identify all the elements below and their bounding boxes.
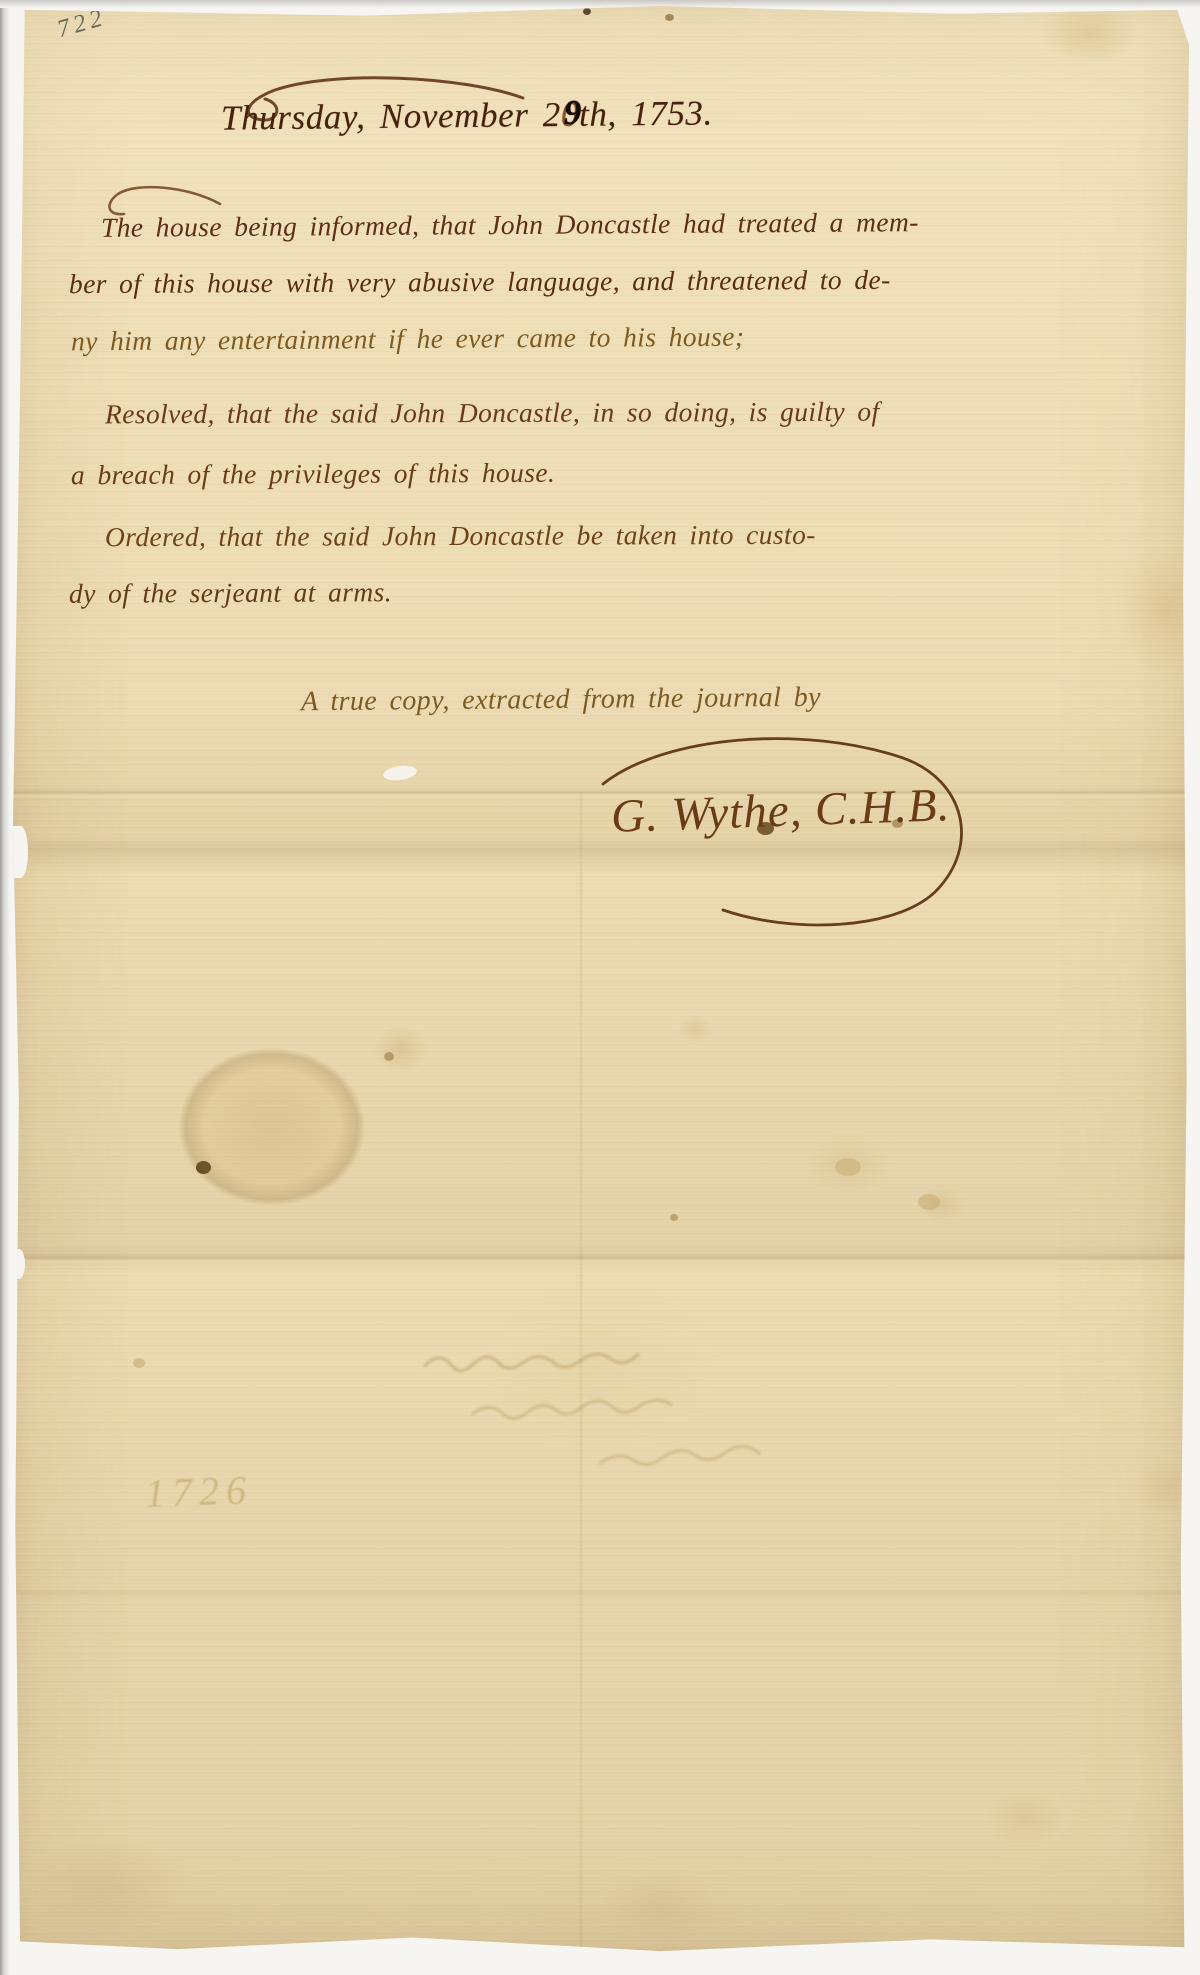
manuscript-line: Resolved, that the said John Doncastle, …: [105, 396, 880, 431]
document-heading: Thursday, November 209th, 1753.: [221, 93, 713, 138]
overwritten-digit: 09: [561, 95, 580, 135]
bleed-through-number: 1726: [144, 1466, 254, 1517]
stain-spot: [835, 1158, 861, 1176]
manuscript-line: dy of the serjeant at arms.: [69, 576, 392, 610]
manuscript-line: a breach of the privileges of this house…: [71, 457, 555, 492]
underwritten-digit: 0: [561, 95, 580, 134]
stain-spot: [918, 1194, 940, 1210]
fold-crease-vertical: [579, 792, 583, 1961]
ink-speck: [670, 1214, 678, 1221]
ink-speck: [583, 8, 591, 15]
manuscript-line: The house being informed, that John Donc…: [101, 206, 919, 244]
scanner-edge-shadow: [0, 0, 10, 1975]
manuscript-page: 722 Thursday, November 209th, 1753. The …: [13, 6, 1189, 1955]
corrected-digit: 9: [564, 93, 583, 133]
manuscript-scan: 722 Thursday, November 209th, 1753. The …: [0, 0, 1200, 1975]
heading-date-post: th, 1753.: [579, 93, 713, 133]
stain-spot: [133, 1358, 145, 1368]
signature: G. Wythe, C.H.B.: [610, 778, 951, 844]
fold-crease: [13, 1253, 1189, 1263]
ink-speck: [757, 822, 774, 835]
manuscript-line: ny him any entertainment if he ever came…: [71, 321, 745, 358]
paper-tear: [382, 764, 418, 783]
attestation-line: A true copy, extracted from the journal …: [301, 682, 821, 719]
bleed-through-script: [409, 1325, 836, 1497]
fold-crease: [13, 1589, 1189, 1597]
ink-speck: [665, 14, 674, 21]
ink-speck: [892, 819, 903, 828]
manuscript-line: ber of this house with very abusive lang…: [69, 264, 891, 300]
heading-swash: [213, 66, 533, 126]
pencil-archival-number: 722: [54, 4, 109, 45]
paragraph-swash: [98, 178, 228, 218]
ink-speck: [384, 1052, 394, 1061]
paper-tear: [13, 826, 28, 878]
manuscript-line: Ordered, that the said John Doncastle be…: [105, 519, 816, 553]
scanner-edge-shadow-top: [0, 0, 1200, 8]
ink-speck: [196, 1161, 211, 1174]
paper-tear: [13, 1249, 25, 1279]
fold-crease: [13, 788, 1189, 798]
heading-date-pre: Thursday, November 2: [221, 95, 561, 138]
signature-flourish: [573, 706, 993, 946]
